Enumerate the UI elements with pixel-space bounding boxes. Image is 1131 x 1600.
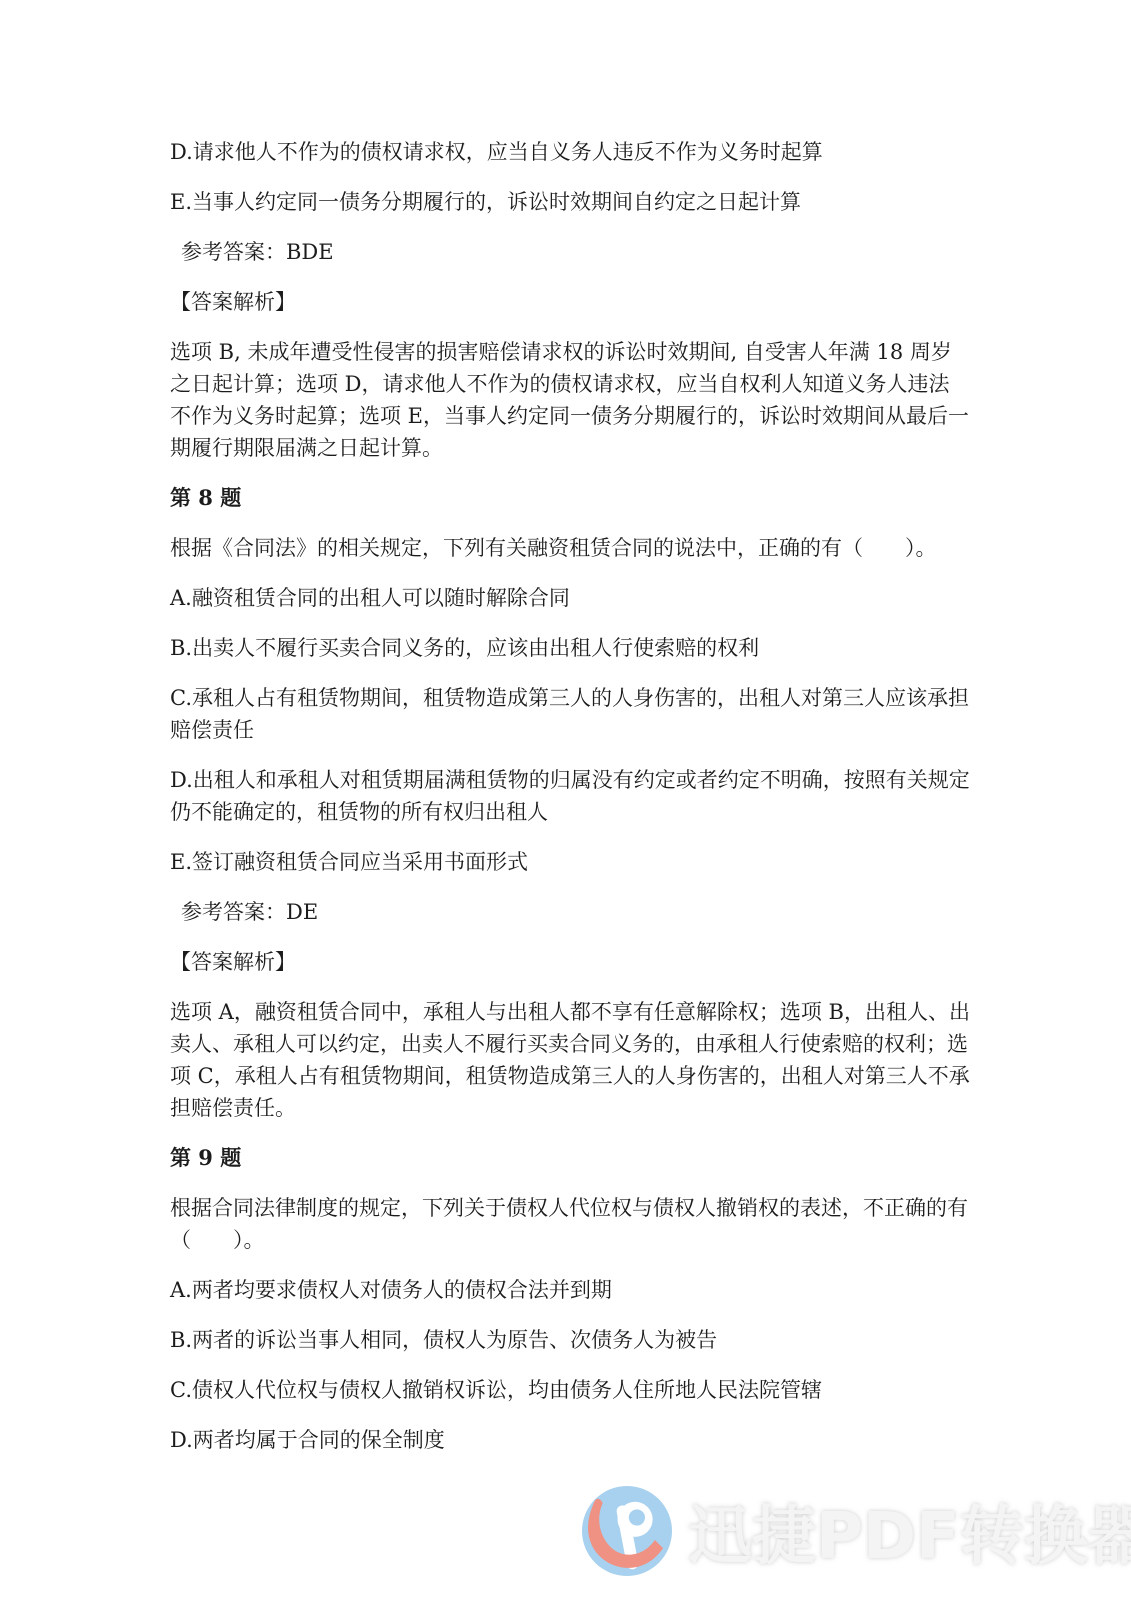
q8-analysis-body: 选项 A，融资租赁合同中，承租人与出租人都不享有任意解除权；选项 B，出租人、出… (170, 996, 970, 1124)
q8-option-c: C.承租人占有租赁物期间，租赁物造成第三人的人身伤害的，出租人对第三人应该承担赔… (170, 682, 970, 746)
question8-stem: 根据《合同法》的相关规定，下列有关融资租赁合同的说法中，正确的有（ ）。 (170, 532, 970, 564)
q7-option-e: E.当事人约定同一债务分期履行的，诉讼时效期间自约定之日起计算 (170, 186, 970, 218)
question9-title: 第 9 题 (170, 1142, 970, 1174)
q8-option-d: D.出租人和承租人对租赁期届满租赁物的归属没有约定或者约定不明确，按照有关规定仍… (170, 764, 970, 828)
q8-option-e: E.签订融资租赁合同应当采用书面形式 (170, 846, 970, 878)
q7-option-d: D.请求他人不作为的债权请求权，应当自义务人违反不作为义务时起算 (170, 136, 970, 168)
document-page: D.请求他人不作为的债权请求权，应当自义务人违反不作为义务时起算 E.当事人约定… (170, 136, 970, 1474)
q7-analysis-header: 【答案解析】 (170, 286, 970, 318)
q8-analysis-header: 【答案解析】 (170, 946, 970, 978)
q7-analysis-body: 选项 B, 未成年遭受性侵害的损害赔偿请求权的诉讼时效期间, 自受害人年满 18… (170, 336, 970, 464)
pdf-converter-watermark: 迅捷PDF转换器 (582, 1483, 1131, 1579)
question9-stem: 根据合同法律制度的规定，下列关于债权人代位权与债权人撤销权的表述，不正确的有（ … (170, 1192, 970, 1256)
q9-option-a: A.两者均要求债权人对债务人的债权合法并到期 (170, 1274, 970, 1306)
q8-option-a: A.融资租赁合同的出租人可以随时解除合同 (170, 582, 970, 614)
q8-option-b: B.出卖人不履行买卖合同义务的，应该由出租人行使索赔的权利 (170, 632, 970, 664)
q8-reference-answer: 参考答案：DE (170, 896, 970, 928)
question8-title: 第 8 题 (170, 482, 970, 514)
pdf-converter-brand-text: 迅捷PDF转换器 (688, 1485, 1131, 1577)
q9-option-b: B.两者的诉讼当事人相同，债权人为原告、次债务人为被告 (170, 1324, 970, 1356)
q9-option-d: D.两者均属于合同的保全制度 (170, 1424, 970, 1456)
q9-option-c: C.债权人代位权与债权人撤销权诉讼，均由债务人住所地人民法院管辖 (170, 1374, 970, 1406)
q7-reference-answer: 参考答案：BDE (170, 236, 970, 268)
pdf-converter-logo-icon (582, 1486, 672, 1576)
